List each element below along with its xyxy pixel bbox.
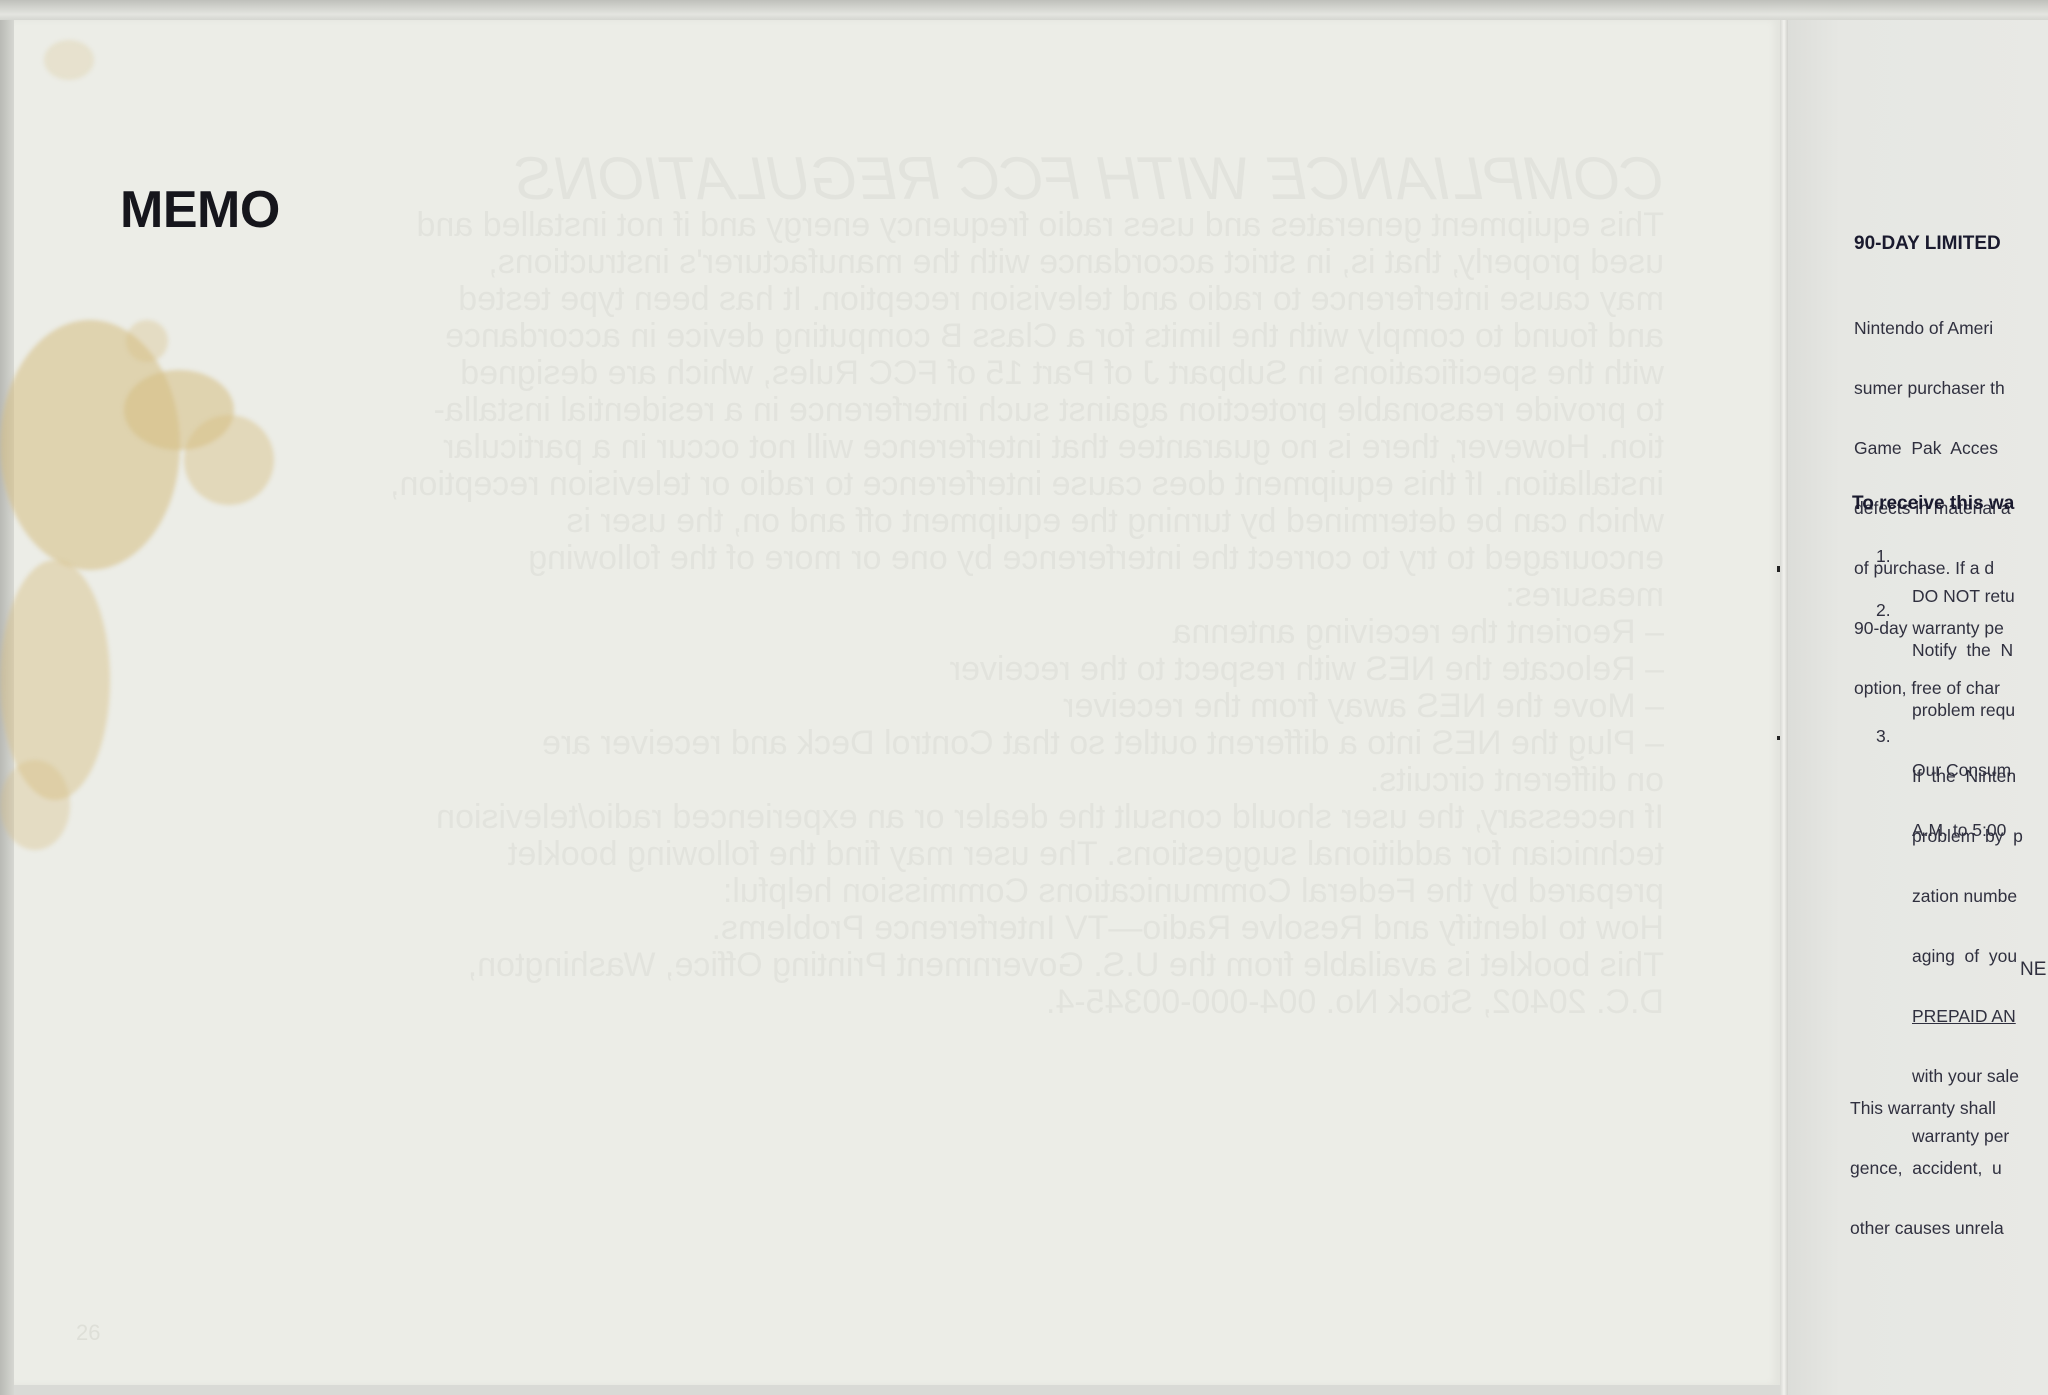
show-through-line: on different circuits. (104, 762, 1664, 799)
step-line: Notify the N (1912, 640, 2015, 660)
show-through-line: measures: (104, 577, 1664, 614)
page-title: MEMO (120, 180, 280, 240)
binding-mark (1777, 736, 1780, 740)
stain-top-left (44, 40, 94, 80)
show-through-line: to provide reasonable protection against… (104, 392, 1664, 429)
show-through-line: – Relocate the NES with respect to the r… (104, 651, 1664, 688)
footer-line: This warranty shall (1850, 1098, 2004, 1118)
centered-fragment: NE (2020, 960, 2046, 980)
show-through-line: – Plug the NES into a different outlet s… (104, 725, 1664, 762)
warranty-step-2: 2. Notify the N problem requ Our Consum … (1876, 600, 1905, 680)
book-gutter (1780, 20, 1788, 1395)
show-through-line: may cause interference to radio and tele… (104, 281, 1664, 318)
intro-line: sumer purchaser th (1854, 378, 2011, 398)
show-through-page-number: 26 (76, 1320, 100, 1346)
intro-line: Nintendo of Ameri (1854, 318, 2011, 338)
warranty-step-3: 3. If the Ninten problem by p zation num… (1876, 726, 1905, 806)
warranty-heading: 90-DAY LIMITED (1854, 234, 2001, 254)
show-through-heading: COMPLIANCE WITH FCC REGULATIONS (104, 160, 1664, 197)
show-through-text: COMPLIANCE WITH FCC REGULATIONS This equ… (104, 160, 1664, 1021)
binding-mark (1777, 566, 1780, 572)
show-through-line: tion. However, there is no guarantee tha… (104, 429, 1664, 466)
step-line: zation numbe (1912, 886, 2023, 906)
step-number: 3. (1876, 726, 1891, 746)
show-through-line: used properly, that is, in strict accord… (104, 244, 1664, 281)
show-through-line: This equipment generates and uses radio … (104, 207, 1664, 244)
intro-line: Game Pak Acces (1854, 438, 2011, 458)
stain-tail (0, 760, 70, 850)
show-through-line: encouraged to try to correct the interfe… (104, 540, 1664, 577)
show-through-line: – Reorient the receiving antenna (104, 614, 1664, 651)
show-through-line: with the specifications in Subpart J of … (104, 355, 1664, 392)
step-line: problem by p (1912, 826, 2023, 846)
step-line: aging of you (1912, 946, 2023, 966)
warranty-subheading: To receive this wa (1852, 494, 2014, 514)
show-through-line: If necessary, the user should consult th… (104, 799, 1664, 836)
left-page-memo: COMPLIANCE WITH FCC REGULATIONS This equ… (14, 20, 1780, 1385)
step-line: If the Ninten (1912, 766, 2023, 786)
warranty-footer: This warranty shall gence, accident, u o… (1850, 1058, 2004, 1278)
right-page-warranty: 90-DAY LIMITED Nintendo of Ameri sumer p… (1788, 20, 2048, 1395)
show-through-line: and found to comply with the limits for … (104, 318, 1664, 355)
show-through-line: – Move the NES away from the receiver (104, 688, 1664, 725)
show-through-line: D.C. 20402, Stock No. 004-000-00345-4. (104, 984, 1664, 1021)
show-through-line: How to Identify and Resolve Radio—TV Int… (104, 910, 1664, 947)
footer-line: gence, accident, u (1850, 1158, 2004, 1178)
show-through-line: which can be determined by turning the e… (104, 503, 1664, 540)
show-through-line: prepared by the Federal Communications C… (104, 873, 1664, 910)
footer-line: other causes unrela (1850, 1218, 2004, 1238)
step-line: problem requ (1912, 700, 2015, 720)
show-through-line: installation. If this equipment does cau… (104, 466, 1664, 503)
show-through-line: This booklet is available from the U.S. … (104, 947, 1664, 984)
step-number: 1. (1876, 546, 1891, 566)
stain-lower (0, 560, 110, 800)
step-number: 2. (1876, 600, 1891, 620)
show-through-line: technician for additional suggestions. T… (104, 836, 1664, 873)
step-line-underlined: PREPAID AN (1912, 1006, 2023, 1026)
